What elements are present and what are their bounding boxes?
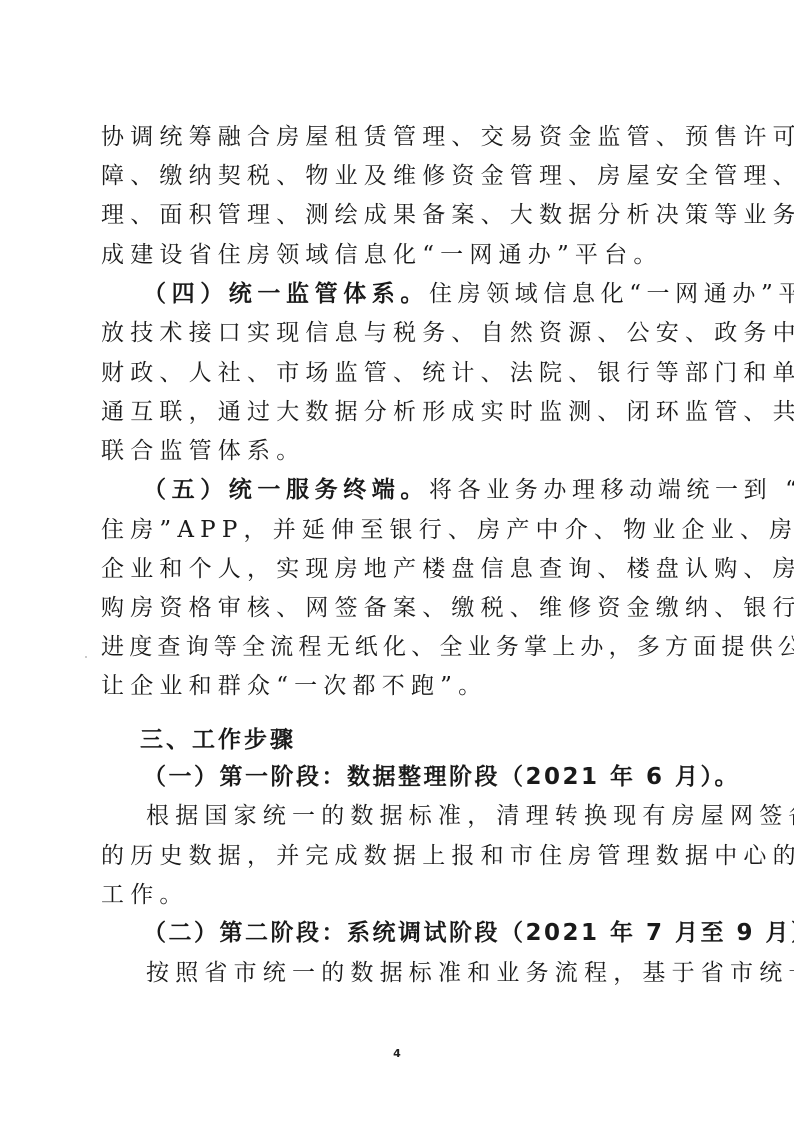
body-text-line: 联合监管体系。 [101, 436, 701, 466]
section-heading: 三、工作步骤 [140, 725, 740, 755]
body-text-line: 企业和个人，实现房地产楼盘信息查询、楼盘认购、房源核验、 [101, 554, 701, 584]
body-text-line: 放技术接口实现信息与税务、自然资源、公安、政务中心、教育、 [101, 318, 701, 348]
body-text-line: 的历史数据，并完成数据上报和市住房管理数据中心的数据上传 [101, 841, 701, 871]
body-text-line: 通互联，通过大数据分析形成实时监测、闭环监管、共享互用的 [101, 397, 701, 427]
paragraph-5-text: 将各业务办理移动端统一到 “湖南 [429, 477, 794, 503]
body-text-line: 让企业和群众“一次都不跑”。 [101, 671, 701, 701]
paragraph-5-first-line: （五）统一服务终端。将各业务办理移动端统一到 “湖南 [143, 475, 743, 505]
body-text-line: 住房”APP，并延伸至银行、房产中介、物业企业、房地产开发 [101, 515, 701, 545]
body-text-line: 理、面积管理、测绘成果备案、大数据分析决策等业务系统，集 [101, 200, 701, 230]
body-text-line: 进度查询等全流程无纸化、全业务掌上办，多方面提供公共服务， [101, 632, 701, 662]
stage-1-heading: （一）第一阶段：数据整理阶段（2021 年 6 月）。 [143, 762, 743, 792]
scan-speck [85, 656, 87, 658]
paragraph-4-text: 住房领域信息化“一网通办”平台开 [429, 281, 794, 307]
paragraph-5-heading: （五）统一服务终端。 [143, 477, 429, 503]
body-text-line: 成建设省住房领域信息化“一网通办”平台。 [101, 240, 701, 270]
body-text-line: 财政、人社、市场监管、统计、法院、银行等部门和单位实现互 [101, 358, 701, 388]
page-number: 4 [390, 1047, 404, 1060]
body-text-line: 购房资格审核、网签备案、缴税、维修资金缴纳、银行按揭贷款、 [101, 593, 701, 623]
body-text-line: 工作。 [101, 880, 701, 910]
paragraph-4-heading: （四）统一监管体系。 [143, 281, 429, 307]
paragraph-4-first-line: （四）统一监管体系。住房领域信息化“一网通办”平台开 [143, 279, 743, 309]
body-text-line: 根据国家统一的数据标准，清理转换现有房屋网签备案系统 [146, 801, 746, 831]
body-text-line: 障、缴纳契税、物业及维修资金管理、房屋安全管理、楼盘表管 [101, 161, 701, 191]
document-page: 协调统筹融合房屋租赁管理、交易资金监管、预售许可、住房保 障、缴纳契税、物业及维… [0, 0, 794, 1122]
body-text-line: 按照省市统一的数据标准和业务流程，基于省市统一的房屋 [146, 958, 746, 988]
body-text-line: 协调统筹融合房屋租赁管理、交易资金监管、预售许可、住房保 [101, 122, 701, 152]
stage-2-heading: （二）第二阶段：系统调试阶段（2021 年 7 月至 9 月）。 [143, 918, 743, 948]
